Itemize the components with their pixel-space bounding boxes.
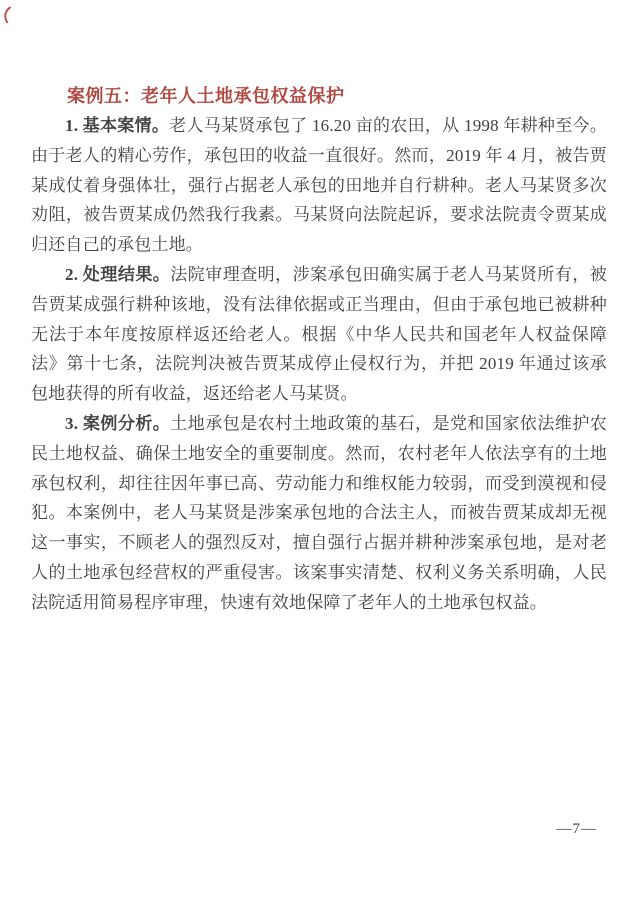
case-content: 案例五：老年人土地承包权益保护 1. 基本案情。老人马某贤承包了 16.20 亩… <box>31 84 607 618</box>
case-paragraph-analysis: 3. 案例分析。土地承包是农村土地政策的基石，是党和国家依法维护农民土地权益、确… <box>31 409 607 618</box>
case-heading: 案例五：老年人土地承包权益保护 <box>31 84 607 108</box>
paragraph-body: 土地承包是农村土地政策的基石，是党和国家依法维护农民土地权益、确保土地安全的重要… <box>31 414 607 612</box>
page-footer: —7— <box>0 820 597 838</box>
paragraph-body: 法院审理查明，涉案承包田确实属于老人马某贤所有，被告贾某成强行耕种该地，没有法律… <box>31 265 607 403</box>
case-paragraph-basic-facts: 1. 基本案情。老人马某贤承包了 16.20 亩的农田，从 1998 年耕种至今… <box>31 111 607 260</box>
paragraph-lead: 2. 处理结果。 <box>65 265 170 284</box>
case-paragraph-result: 2. 处理结果。法院审理查明，涉案承包田确实属于老人马某贤所有，被告贾某成强行耕… <box>31 260 607 409</box>
paragraph-lead: 1. 基本案情。 <box>65 116 169 135</box>
paragraph-body: 老人马某贤承包了 16.20 亩的农田，从 1998 年耕种至今。由于老人的精心… <box>31 116 607 254</box>
red-pen-mark-icon <box>1 6 13 24</box>
document-page: 案例五：老年人土地承包权益保护 1. 基本案情。老人马某贤承包了 16.20 亩… <box>0 0 640 905</box>
paragraph-lead: 3. 案例分析。 <box>65 414 170 433</box>
page-number: —7— <box>557 821 598 837</box>
